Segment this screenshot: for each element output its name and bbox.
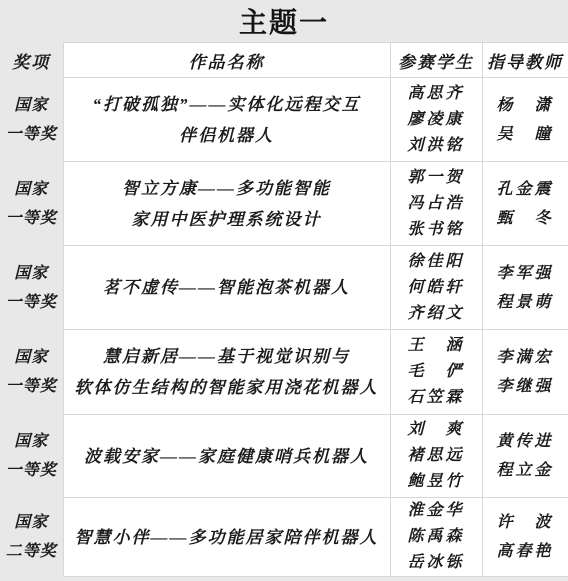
award-cell: 国家 一等奖 [0, 162, 63, 246]
award-cell: 国家 一等奖 [0, 78, 63, 162]
col-header-teachers: 指导教师 [482, 43, 568, 78]
award-cell: 国家 一等奖 [0, 246, 63, 330]
students-cell: 徐佳阳 何皓轩 齐绍文 [390, 246, 482, 330]
work-title-cell: “打破孤独”——实体化远程交互 伴侣机器人 [63, 78, 390, 162]
table-row: 国家 一等奖 “打破孤独”——实体化远程交互 伴侣机器人 高思齐 廖凌康 刘洪铭… [0, 78, 568, 162]
students-cell: 淮金华 陈禹森 岳冰铄 [390, 498, 482, 577]
table-row: 国家 一等奖 慧启新居——基于视觉识别与 软体仿生结构的智能家用浇花机器人 王 … [0, 330, 568, 415]
table-header-row: 奖项 作品名称 参赛学生 指导教师 [0, 43, 568, 78]
award-cell: 国家 二等奖 [0, 498, 63, 577]
work-title-cell: 智立方康——多功能智能 家用中医护理系统设计 [63, 162, 390, 246]
students-cell: 郭一贺 冯占浩 张书铭 [390, 162, 482, 246]
students-cell: 高思齐 廖凌康 刘洪铭 [390, 78, 482, 162]
table-row: 国家 一等奖 茗不虚传——智能泡茶机器人 徐佳阳 何皓轩 齐绍文 李军强 程景萌 [0, 246, 568, 330]
teachers-cell: 孔金震 甄 冬 [482, 162, 568, 246]
teachers-cell: 黄传进 程立金 [482, 415, 568, 498]
students-cell: 刘 爽 褚思远 鲍昱竹 [390, 415, 482, 498]
col-header-students: 参赛学生 [390, 43, 482, 78]
teachers-cell: 杨 潇 吴 瞳 [482, 78, 568, 162]
table-row: 国家 一等奖 波载安家——家庭健康哨兵机器人 刘 爽 褚思远 鲍昱竹 黄传进 程… [0, 415, 568, 498]
col-header-work-title: 作品名称 [63, 43, 390, 78]
awards-table: 奖项 作品名称 参赛学生 指导教师 国家 一等奖 “打破孤独”——实体化远程交互… [0, 42, 568, 577]
table-row: 国家 二等奖 智慧小伴——多功能居家陪伴机器人 淮金华 陈禹森 岳冰铄 许 波 … [0, 498, 568, 577]
teachers-cell: 许 波 高春艳 [482, 498, 568, 577]
teachers-cell: 李军强 程景萌 [482, 246, 568, 330]
table-row: 国家 一等奖 智立方康——多功能智能 家用中医护理系统设计 郭一贺 冯占浩 张书… [0, 162, 568, 246]
teachers-cell: 李满宏 李继强 [482, 330, 568, 415]
award-cell: 国家 一等奖 [0, 415, 63, 498]
work-title-cell: 茗不虚传——智能泡茶机器人 [63, 246, 390, 330]
page-title: 主题一 [0, 0, 568, 42]
work-title-cell: 智慧小伴——多功能居家陪伴机器人 [63, 498, 390, 577]
work-title-cell: 慧启新居——基于视觉识别与 软体仿生结构的智能家用浇花机器人 [63, 330, 390, 415]
award-cell: 国家 一等奖 [0, 330, 63, 415]
students-cell: 王 涵 毛 俨 石笠霖 [390, 330, 482, 415]
work-title-cell: 波载安家——家庭健康哨兵机器人 [63, 415, 390, 498]
col-header-award: 奖项 [0, 43, 63, 78]
